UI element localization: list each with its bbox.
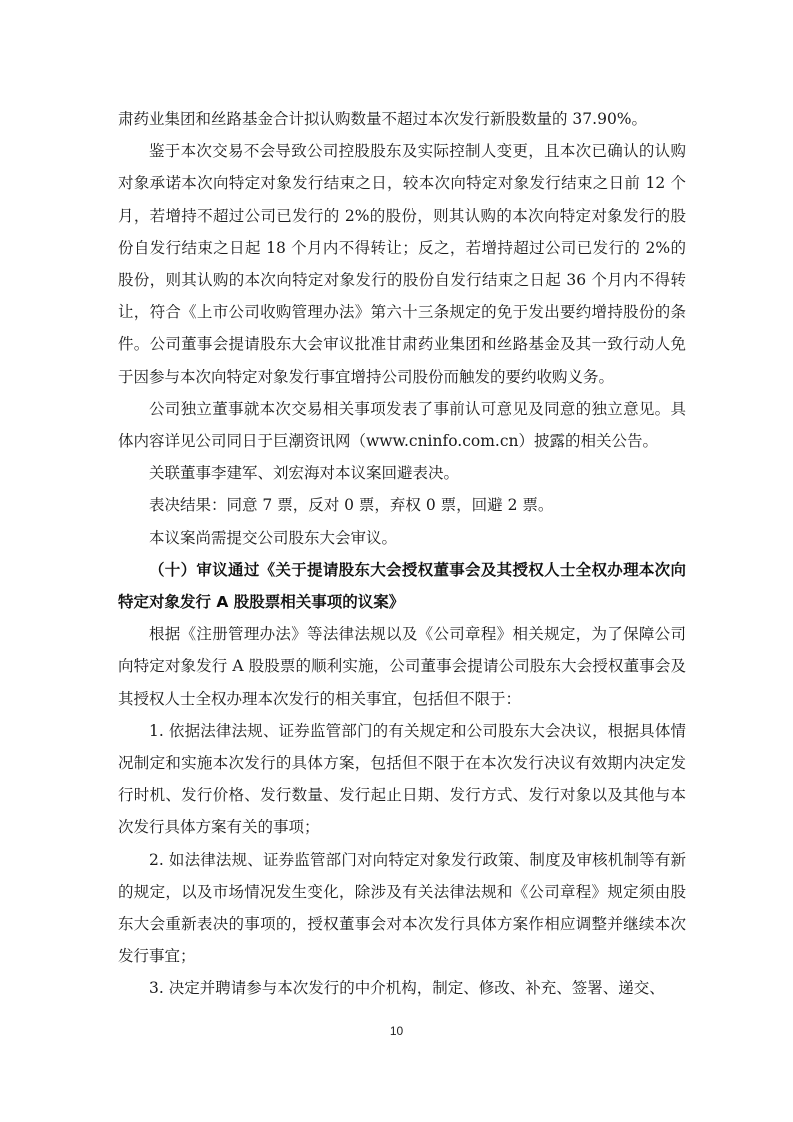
- paragraph-authorization-intro: 根据《注册管理办法》等法律法规以及《公司章程》相关规定，为了保障公司向特定对象发…: [118, 618, 686, 715]
- paragraph-independent-directors: 公司独立董事就本次交易相关事项发表了事前认可意见及同意的独立意见。具体内容详见公…: [118, 393, 686, 457]
- page-number: 10: [0, 1024, 793, 1038]
- paragraph-tender-offer-exemption: 鉴于本次交易不会导致公司控股股东及实际控制人变更，且本次已确认的认购对象承诺本次…: [118, 135, 686, 393]
- paragraph-submit-shareholders: 本议案尚需提交公司股东大会审议。: [118, 522, 686, 554]
- list-item-2: 2. 如法律法规、证券监管部门对向特定对象发行政策、制度及审核机制等有新的规定，…: [118, 844, 686, 973]
- list-item-3: 3. 决定并聘请参与本次发行的中介机构，制定、修改、补充、签署、递交、: [118, 972, 686, 1004]
- paragraph-vote-result: 表决结果：同意 7 票，反对 0 票，弃权 0 票，回避 2 票。: [118, 489, 686, 521]
- paragraph-continuation: 肃药业集团和丝路基金合计拟认购数量不超过本次发行新股数量的 37.90%。: [118, 103, 686, 135]
- paragraph-recusal: 关联董事李建军、刘宏海对本议案回避表决。: [118, 457, 686, 489]
- document-body: 肃药业集团和丝路基金合计拟认购数量不超过本次发行新股数量的 37.90%。 鉴于…: [118, 103, 686, 1005]
- section-heading-ten: （十）审议通过《关于提请股东大会授权董事会及其授权人士全权办理本次向特定对象发行…: [118, 554, 686, 618]
- list-item-1: 1. 依据法律法规、证券监管部门的有关规定和公司股东大会决议，根据具体情况制定和…: [118, 715, 686, 844]
- document-page: 肃药业集团和丝路基金合计拟认购数量不超过本次发行新股数量的 37.90%。 鉴于…: [0, 0, 793, 1122]
